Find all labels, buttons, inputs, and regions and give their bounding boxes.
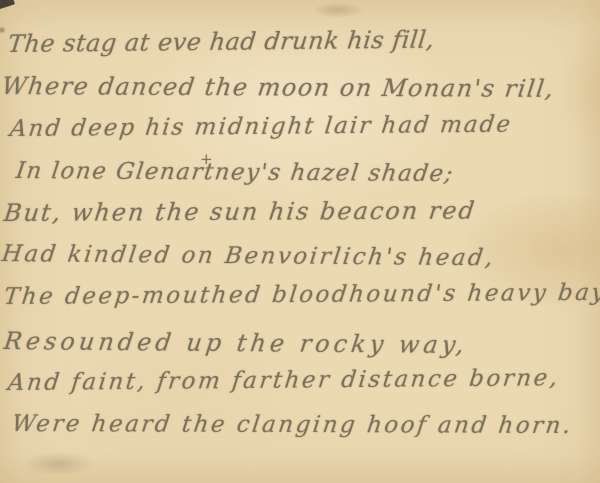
poem-line-2: Where danced the moon on Monan's rill, bbox=[0, 72, 556, 103]
poem-line-9: And faint, from farther distance borne, bbox=[7, 365, 562, 396]
poem-line-4: In lone Glenartney's hazel shade; bbox=[14, 158, 455, 187]
poem-line-1: The stag at eve had drunk his fill, bbox=[6, 26, 436, 59]
poem-line-7: The deep-mouthed bloodhound's heavy bay bbox=[2, 280, 600, 310]
poem-line-5: But, when the sun his beacon red bbox=[2, 197, 477, 227]
poem-line-8: Resounded up the rocky way, bbox=[2, 327, 470, 359]
poem-line-3: And deep his midnight lair had made bbox=[9, 112, 514, 142]
poem-line-10: Were heard the clanging hoof and horn. bbox=[10, 411, 574, 439]
ink-smudge-top bbox=[312, 2, 364, 18]
poem-line-6: Had kindled on Benvoirlich's head, bbox=[0, 241, 497, 271]
insertion-mark: + bbox=[200, 150, 213, 168]
manuscript-page: The stag at eve had drunk his fill, Wher… bbox=[0, 0, 600, 483]
scan-edge-mark bbox=[0, 0, 15, 9]
ink-smudge-bottom bbox=[24, 452, 94, 476]
